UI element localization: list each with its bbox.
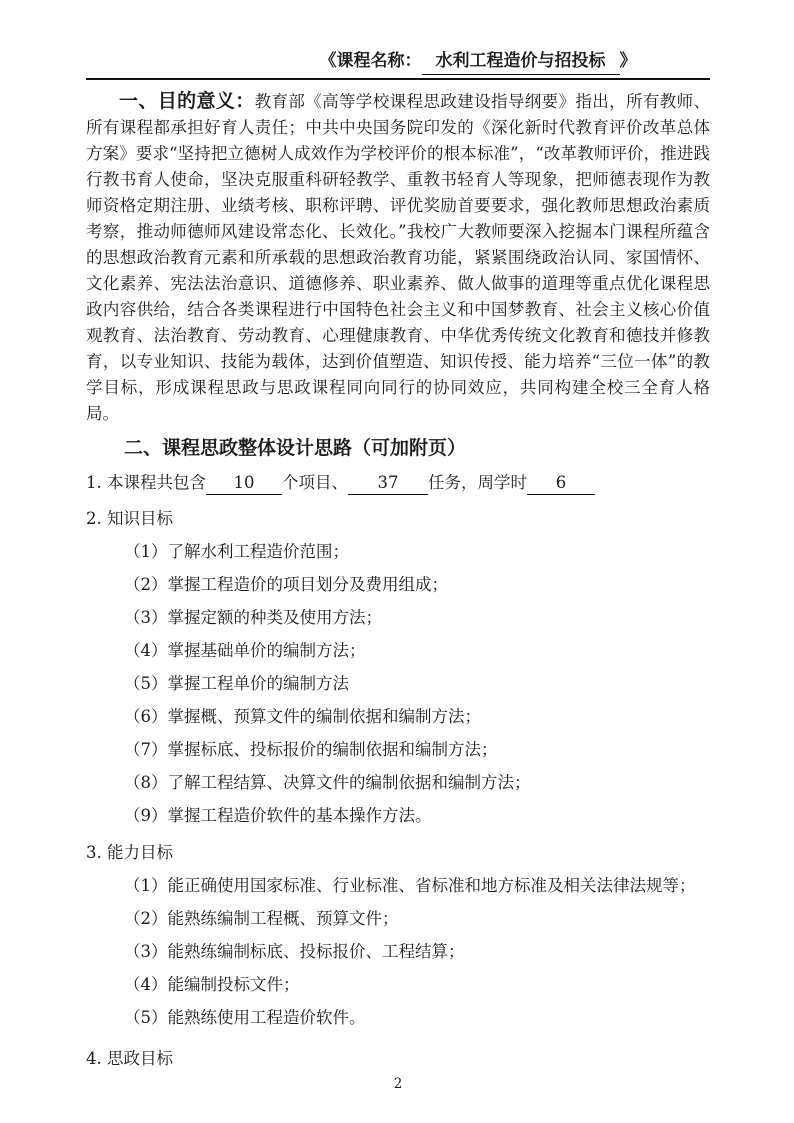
course-name-prefix: 《课程名称： bbox=[320, 51, 422, 71]
section-design-heading: 二、课程思政整体设计思路（可加附页） bbox=[86, 435, 710, 461]
ability-objective-item: （1）能正确使用国家标准、行业标准、省标准和地方标准及相关法律法规等； bbox=[124, 875, 710, 897]
course-composition-line: 1. 本课程共包含10个项目、37任务，周学时6 bbox=[86, 471, 710, 495]
composition-mid1-text: 个项目、 bbox=[282, 473, 348, 492]
ability-objectives-list: （1）能正确使用国家标准、行业标准、省标准和地方标准及相关法律法规等； （2）能… bbox=[86, 875, 710, 1029]
section-purpose-heading: 一、目的意义： bbox=[119, 90, 255, 112]
knowledge-objective-item: （4）掌握基础单价的编制方法； bbox=[124, 640, 710, 662]
header-divider bbox=[86, 78, 710, 80]
course-name-field: 水利工程造价与招投标 bbox=[422, 48, 620, 75]
purpose-body-text: 教育部《高等学校课程思政建设指导纲要》指出，所有教师、所有课程都承担好育人责任；… bbox=[86, 92, 710, 423]
knowledge-objective-item: （8）了解工程结算、决算文件的编制依据和编制方法； bbox=[124, 772, 710, 794]
page-number: 2 bbox=[86, 1075, 710, 1093]
composition-pre-text: 1. 本课程共包含 bbox=[86, 473, 206, 492]
course-name-suffix: 》 bbox=[620, 51, 637, 71]
document-page: 《课程名称：水利工程造价与招投标》 一、目的意义：教育部《高等学校课程思政建设指… bbox=[0, 0, 794, 1123]
blank-task-count: 37 bbox=[348, 472, 428, 495]
knowledge-objectives-heading: 2. 知识目标 bbox=[86, 507, 710, 531]
knowledge-objective-item: （6）掌握概、预算文件的编制依据和编制方法； bbox=[124, 706, 710, 728]
page-header: 《课程名称：水利工程造价与招投标》 bbox=[166, 48, 790, 75]
composition-mid2-text: 任务，周学时 bbox=[428, 473, 527, 492]
blank-project-count: 10 bbox=[206, 472, 282, 495]
ideology-objectives-heading: 4. 思政目标 bbox=[86, 1047, 710, 1071]
knowledge-objective-item: （7）掌握标底、投标报价的编制依据和编制方法； bbox=[124, 739, 710, 761]
ability-objective-item: （2）能熟练编制工程概、预算文件； bbox=[124, 908, 710, 930]
knowledge-objective-item: （1）了解水利工程造价范围； bbox=[124, 541, 710, 563]
knowledge-objective-item: （5）掌握工程单价的编制方法 bbox=[124, 673, 710, 695]
knowledge-objective-item: （3）掌握定额的种类及使用方法； bbox=[124, 607, 710, 629]
knowledge-objective-item: （9）掌握工程造价软件的基本操作方法。 bbox=[124, 805, 710, 827]
ability-objectives-heading: 3. 能力目标 bbox=[86, 841, 710, 865]
knowledge-objectives-list: （1）了解水利工程造价范围； （2）掌握工程造价的项目划分及费用组成； （3）掌… bbox=[86, 541, 710, 827]
blank-weekly-hours: 6 bbox=[527, 472, 595, 495]
ability-objective-item: （5）能熟练使用工程造价软件。 bbox=[124, 1007, 710, 1029]
purpose-paragraph: 一、目的意义：教育部《高等学校课程思政建设指导纲要》指出，所有教师、所有课程都承… bbox=[86, 88, 710, 427]
knowledge-objective-item: （2）掌握工程造价的项目划分及费用组成； bbox=[124, 574, 710, 596]
ability-objective-item: （4）能编制投标文件； bbox=[124, 974, 710, 996]
ability-objective-item: （3）能熟练编制标底、投标报价、工程结算； bbox=[124, 941, 710, 963]
